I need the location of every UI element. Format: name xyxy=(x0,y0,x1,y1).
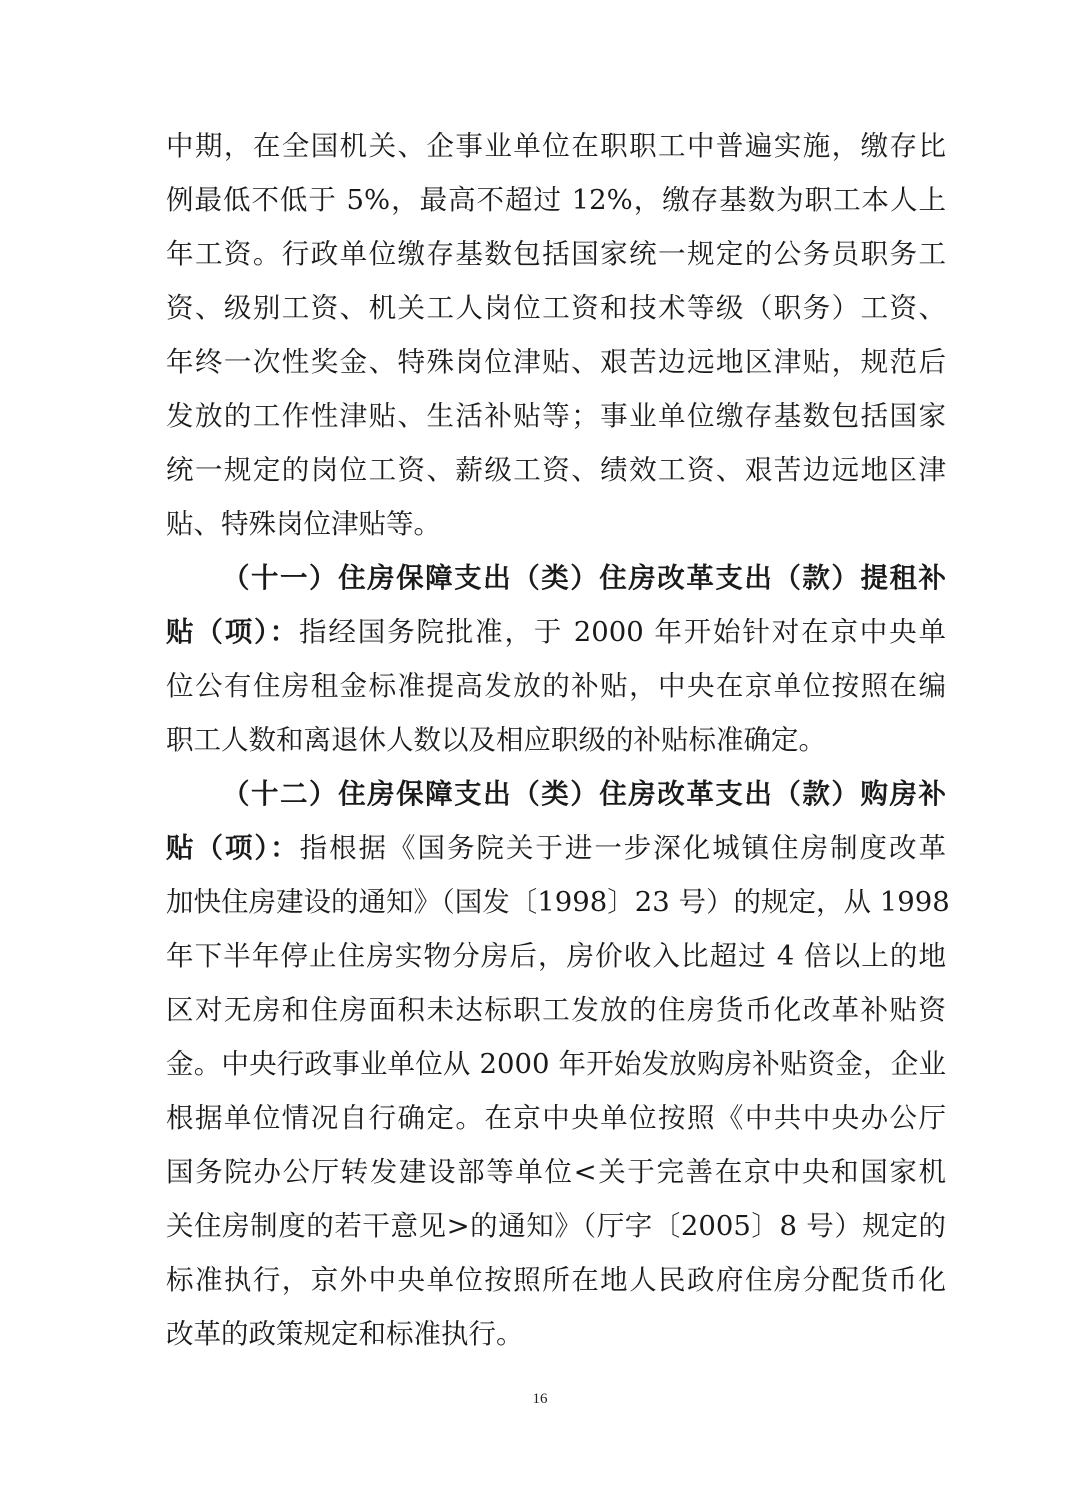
section-12-line: 贴（项）：指根据《国务院关于进一步深化城镇住房制度改革 xyxy=(166,828,946,868)
page-number: 16 xyxy=(0,1391,1080,1408)
section-12-body-start: 指根据《国务院关于进一步深化城镇住房制度改革 xyxy=(300,832,946,864)
text-line: 年工资。行政单位缴存基数包括国家统一规定的公务员职务工 xyxy=(166,234,946,274)
text-line: 根据单位情况自行确定。在京中央单位按照《中共中央办公厅 xyxy=(166,1098,946,1138)
text-line: 关住房制度的若干意见>的通知》（厅字〔2005〕8 号）规定的 xyxy=(166,1206,946,1246)
text-line: 加快住房建设的通知》（国发〔1998〕23 号）的规定，从 1998 xyxy=(166,882,946,922)
section-11-heading: （十一）住房保障支出（类）住房改革支出（款）提租补 xyxy=(222,558,946,598)
text-line: 标准执行，京外中央单位按照所在地人民政府住房分配货币化 xyxy=(166,1260,946,1300)
text-line: 中期，在全国机关、企事业单位在职职工中普遍实施，缴存比 xyxy=(166,126,946,166)
text-line: 位公有住房租金标准提高发放的补贴，中央在京单位按照在编 xyxy=(166,666,946,706)
text-line: 金。中央行政事业单位从 2000 年开始发放购房补贴资金，企业 xyxy=(166,1044,946,1084)
text-line: 例最低不低于 5%，最高不超过 12%，缴存基数为职工本人上 xyxy=(166,180,946,220)
text-line: 年下半年停止住房实物分房后，房价收入比超过 4 倍以上的地 xyxy=(166,936,946,976)
section-11-body-start: 指经国务院批准，于 2000 年开始针对在京中央单 xyxy=(299,616,946,648)
text-line: 资、级别工资、机关工人岗位工资和技术等级（职务）工资、 xyxy=(166,288,946,328)
text-line: 统一规定的岗位工资、薪级工资、绩效工资、艰苦边远地区津 xyxy=(166,450,946,490)
document-page: 中期，在全国机关、企事业单位在职职工中普遍实施，缴存比 例最低不低于 5%，最高… xyxy=(0,0,1080,1489)
section-12-heading: （十二）住房保障支出（类）住房改革支出（款）购房补 xyxy=(222,774,946,814)
text-line: 区对无房和住房面积未达标职工发放的住房货币化改革补贴资 xyxy=(166,990,946,1030)
section-11-line: 贴（项）：指经国务院批准，于 2000 年开始针对在京中央单 xyxy=(166,612,946,652)
text-line: 贴、特殊岗位津贴等。 xyxy=(166,504,946,544)
text-line: 职工人数和离退休人数以及相应职级的补贴标准确定。 xyxy=(166,720,946,760)
section-11-heading-tail: 贴（项）： xyxy=(166,616,299,648)
text-line: 发放的工作性津贴、生活补贴等；事业单位缴存基数包括国家 xyxy=(166,396,946,436)
text-line: 国务院办公厅转发建设部等单位<关于完善在京中央和国家机 xyxy=(166,1152,946,1192)
section-12-heading-tail: 贴（项）： xyxy=(166,832,300,864)
text-line: 改革的政策规定和标准执行。 xyxy=(166,1314,946,1354)
text-line: 年终一次性奖金、特殊岗位津贴、艰苦边远地区津贴，规范后 xyxy=(166,342,946,382)
